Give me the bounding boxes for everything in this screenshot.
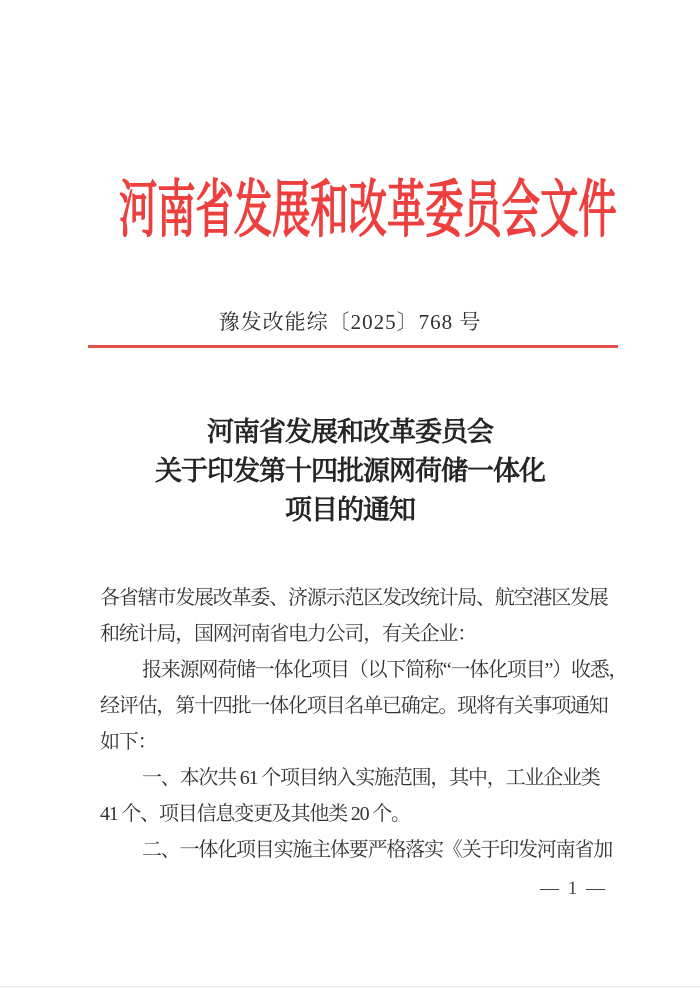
body-line: 一、本次共 61 个项目纳入实施范围，其中，工业企业类	[100, 760, 612, 796]
red-separator-line	[88, 345, 618, 348]
document-body: 各省辖市发展改革委、济源示范区发改统计局、航空港区发展和统计局，国网河南省电力公…	[100, 580, 612, 868]
document-title: 河南省发展和改革委员会 关于印发第十四批源网荷储一体化 项目的通知	[0, 413, 700, 530]
agency-banner-title: 河南省发展和改革委员会文件	[119, 176, 581, 246]
scanned-document-page: 河南省发展和改革委员会文件 豫发改能综〔2025〕768 号 河南省发展和改革委…	[0, 0, 700, 989]
title-line-2: 关于印发第十四批源网荷储一体化	[0, 452, 700, 491]
page-number: — 1 —	[540, 878, 607, 900]
doc-reference-number: 豫发改能综〔2025〕768 号	[0, 309, 700, 335]
body-line: 报来源网荷储一体化项目（以下简称“一体化项目”）收悉，	[100, 652, 612, 688]
body-line: 和统计局，国网河南省电力公司，有关企业：	[100, 616, 612, 652]
body-line: 经评估，第十四批一体化项目名单已确定。现将有关事项通知	[100, 688, 612, 724]
scan-artifact-line	[0, 986, 700, 987]
body-line: 二、一体化项目实施主体要严格落实《关于印发河南省加	[100, 832, 612, 868]
body-line: 如下：	[100, 724, 612, 760]
body-line: 41 个、项目信息变更及其他类 20 个。	[100, 796, 612, 832]
body-line: 各省辖市发展改革委、济源示范区发改统计局、航空港区发展	[100, 580, 612, 616]
title-line-3: 项目的通知	[0, 491, 700, 530]
title-line-1: 河南省发展和改革委员会	[0, 413, 700, 452]
